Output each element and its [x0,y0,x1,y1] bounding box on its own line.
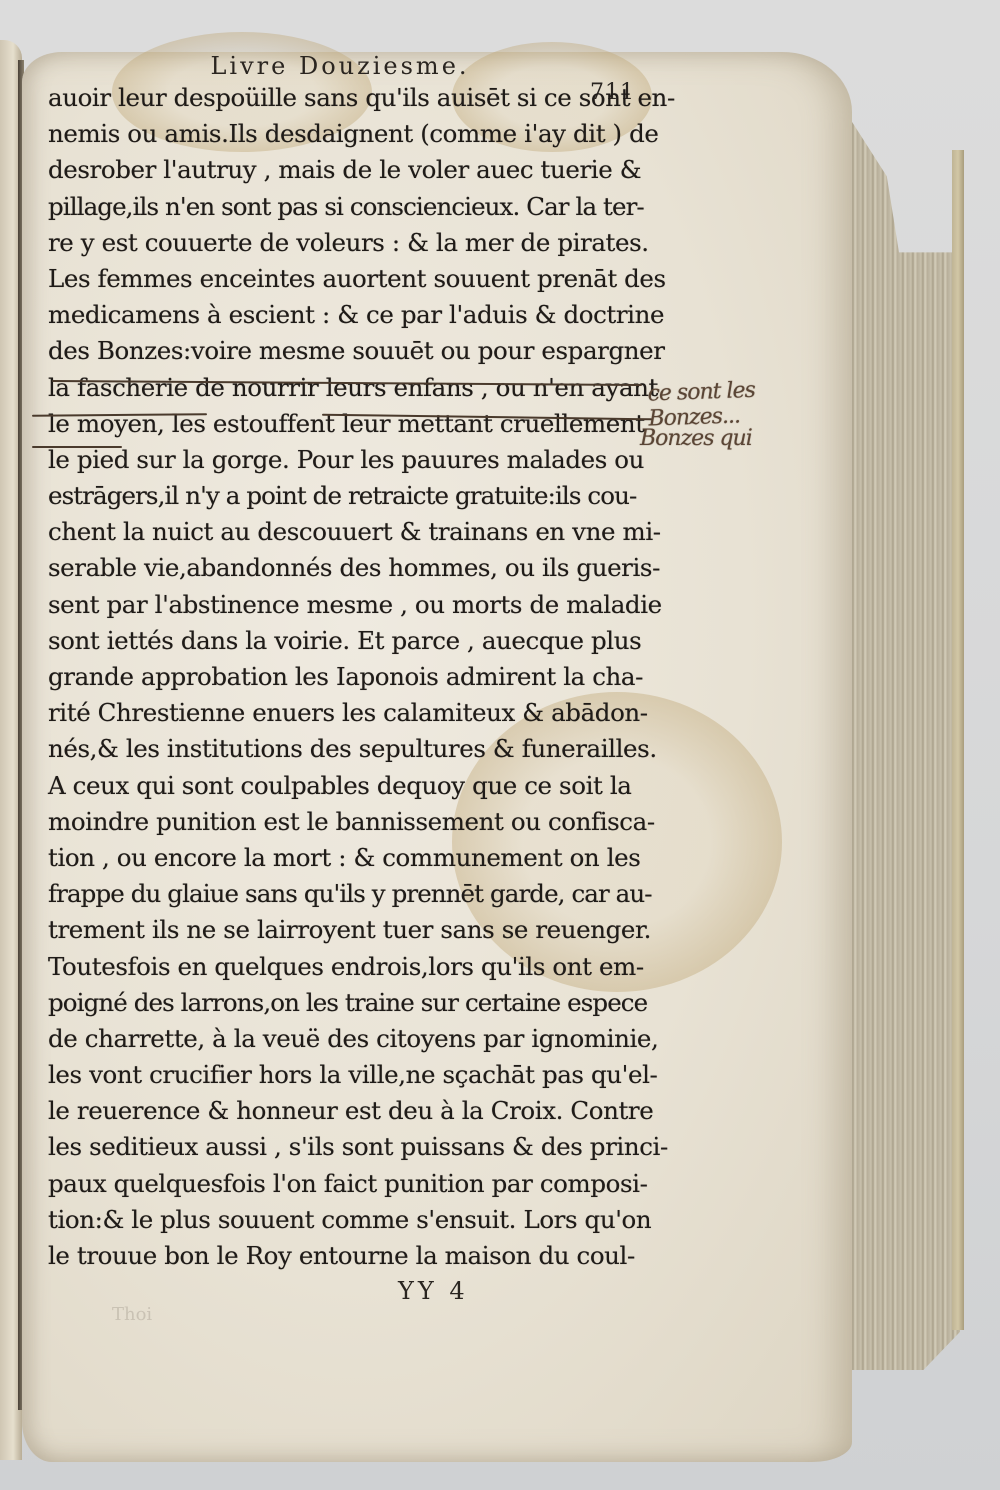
marginal-annotation: Bonzes qui [640,426,752,451]
text-line: le reuerence & honneur est deu à la Croi… [48,1093,668,1129]
body-text: auoir leur despoüille sans qu'ils auisēt… [48,80,668,1274]
text-line: medicamens à escient : & ce par l'aduis … [48,297,668,333]
text-line: re y est couuerte de voleurs : & la mer … [48,225,668,261]
text-line: estrāgers,il n'y a point de retraicte gr… [48,478,668,514]
text-line: grande approbation les Iaponois admirent… [48,659,668,695]
text-line: poigné des larrons,on les traine sur cer… [48,985,668,1021]
text-line: tion , ou encore la mort : & communement… [48,840,668,876]
text-line: nemis ou amis.Ils desdaignent (comme i'a… [48,116,668,152]
ink-underline [32,446,122,448]
show-through-text: Thoi [112,1304,152,1325]
text-line: la fascherie de nourrir leurs enfans , o… [48,370,668,406]
text-line: pillage,ils n'en sont pas si consciencie… [48,189,668,225]
text-line: moindre punition est le bannissement ou … [48,804,668,840]
fore-edge-page-stack [838,100,960,1370]
text-line: paux quelquesfois l'on faict punition pa… [48,1166,668,1202]
text-line: trement ils ne se lairroyent tuer sans s… [48,912,668,948]
text-line: serable vie,abandonnés des hommes, ou il… [48,550,668,586]
text-line: de charrette, à la veuë des citoyens par… [48,1021,668,1057]
text-line: les seditieux aussi , s'ils sont puissan… [48,1129,668,1165]
running-head: Livre Douziesme. [120,52,560,80]
text-line: chent la nuict au descouuert & trainans … [48,514,668,550]
text-line: des Bonzes:voire mesme souuēt ou pour es… [48,333,668,369]
text-line: le moyen, les estouffent leur mettant cr… [48,406,668,442]
book-page: Livre Douziesme. 711 auoir leur despoüil… [22,52,852,1462]
binding-board-edge [952,150,964,1330]
text-line: le trouue bon le Roy entourne la maison … [48,1238,668,1274]
text-line: auoir leur despoüille sans qu'ils auisēt… [48,80,668,116]
text-line: le pied sur la gorge. Pour les pauures m… [48,442,668,478]
text-line: rité Chrestienne enuers les calamiteux &… [48,695,668,731]
text-line: Toutesfois en quelques endrois,lors qu'i… [48,949,668,985]
marginal-annotation: ce sont les Bonzes... [647,374,853,431]
text-line: les vont crucifier hors la ville,ne sçac… [48,1057,668,1093]
signature-mark: YY 4 [398,1277,469,1305]
text-line: frappe du glaiue sans qu'ils y prennēt g… [48,876,668,912]
text-line: A ceux qui sont coulpables dequoy que ce… [48,768,668,804]
text-line: Les femmes enceintes auortent souuent pr… [48,261,668,297]
text-line: sent par l'abstinence mesme , ou morts d… [48,587,668,623]
text-line: tion:& le plus souuent comme s'ensuit. L… [48,1202,668,1238]
text-line: desrober l'autruy , mais de le voler aue… [48,152,668,188]
text-line: nés,& les institutions des sepultures & … [48,731,668,767]
text-line: sont iettés dans la voirie. Et parce , a… [48,623,668,659]
